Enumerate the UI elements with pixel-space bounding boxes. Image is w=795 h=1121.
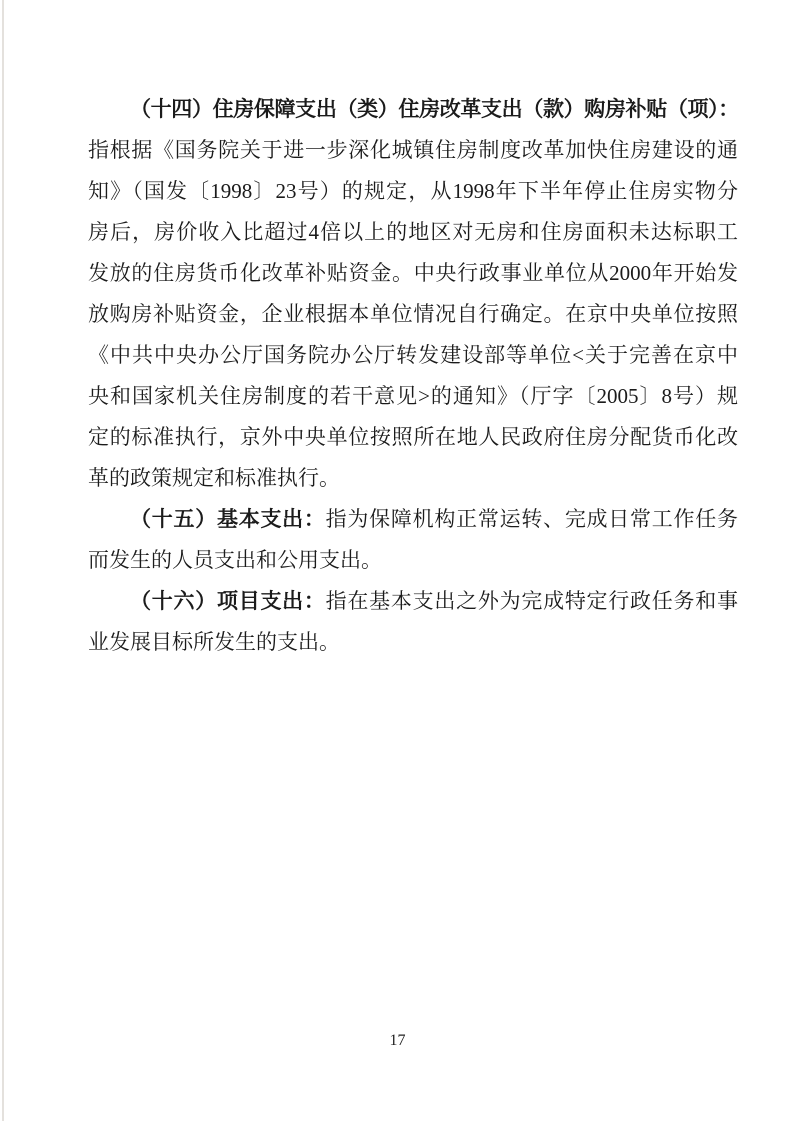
text-line: 房后，房价收入比超过4倍以上的地区对无房和住房面积未达标职工 xyxy=(88,212,738,253)
line-text: 发放的住房货币化改革补贴资金。中央行政事业单位从2000年开始发 xyxy=(88,261,738,285)
document-page: （十四）住房保障支出（类）住房改革支出（款）购房补贴（项）： 指根据《国务院关于… xyxy=(0,0,795,1121)
document-body: （十四）住房保障支出（类）住房改革支出（款）购房补贴（项）： 指根据《国务院关于… xyxy=(88,89,738,663)
text-line: 定的标准执行，京外中央单位按照所在地人民政府住房分配货币化改 xyxy=(88,417,738,458)
text-line: 央和国家机关住房制度的若干意见>的通知》（厅字〔2005〕8号）规 xyxy=(88,376,738,417)
line-text: 定的标准执行，京外中央单位按照所在地人民政府住房分配货币化改 xyxy=(88,425,738,449)
paragraph-16: （十六）项目支出：指在基本支出之外为完成特定行政任务和事 业发展目标所发生的支出… xyxy=(88,581,738,663)
text-line: 放购房补贴资金，企业根据本单位情况自行确定。在京中央单位按照 xyxy=(88,294,738,335)
paragraph-lead: （十五）基本支出： xyxy=(130,507,326,531)
page-number: 17 xyxy=(0,1030,795,1052)
line-text: 《中共中央办公厅国务院办公厅转发建设部等单位<关于完善在京中 xyxy=(88,343,738,367)
text-line: 知》（国发〔1998〕23号）的规定，从1998年下半年停止住房实物分 xyxy=(88,171,738,212)
page-left-edge xyxy=(2,0,4,1121)
text-line: 发放的住房货币化改革补贴资金。中央行政事业单位从2000年开始发 xyxy=(88,253,738,294)
text-line: （十五）基本支出：指为保障机构正常运转、完成日常工作任务 xyxy=(88,499,738,540)
line-text: 指在基本支出之外为完成特定行政任务和事 xyxy=(326,589,738,613)
line-text: 业发展目标所发生的支出。 xyxy=(88,630,340,654)
line-text: 而发生的人员支出和公用支出。 xyxy=(88,548,382,572)
text-line: 而发生的人员支出和公用支出。 xyxy=(88,540,738,581)
text-line: 指根据《国务院关于进一步深化城镇住房制度改革加快住房建设的通 xyxy=(88,130,738,171)
paragraph-lead: （十四）住房保障支出（类）住房改革支出（款）购房补贴（项）： xyxy=(130,97,738,121)
text-line: 业发展目标所发生的支出。 xyxy=(88,622,738,663)
line-text: 房后，房价收入比超过4倍以上的地区对无房和住房面积未达标职工 xyxy=(88,220,738,244)
paragraph-14: （十四）住房保障支出（类）住房改革支出（款）购房补贴（项）： 指根据《国务院关于… xyxy=(88,89,738,499)
text-line: 《中共中央办公厅国务院办公厅转发建设部等单位<关于完善在京中 xyxy=(88,335,738,376)
text-line: （十四）住房保障支出（类）住房改革支出（款）购房补贴（项）： xyxy=(88,89,738,130)
line-text: 央和国家机关住房制度的若干意见>的通知》（厅字〔2005〕8号）规 xyxy=(88,384,738,408)
paragraph-lead: （十六）项目支出： xyxy=(130,589,326,613)
line-text: 指根据《国务院关于进一步深化城镇住房制度改革加快住房建设的通 xyxy=(88,138,738,162)
text-line: （十六）项目支出：指在基本支出之外为完成特定行政任务和事 xyxy=(88,581,738,622)
line-text: 革的政策规定和标准执行。 xyxy=(88,466,340,490)
line-text: 知》（国发〔1998〕23号）的规定，从1998年下半年停止住房实物分 xyxy=(88,179,738,203)
paragraph-15: （十五）基本支出：指为保障机构正常运转、完成日常工作任务 而发生的人员支出和公用… xyxy=(88,499,738,581)
line-text: 指为保障机构正常运转、完成日常工作任务 xyxy=(326,507,738,531)
line-text: 放购房补贴资金，企业根据本单位情况自行确定。在京中央单位按照 xyxy=(88,302,738,326)
text-line: 革的政策规定和标准执行。 xyxy=(88,458,738,499)
